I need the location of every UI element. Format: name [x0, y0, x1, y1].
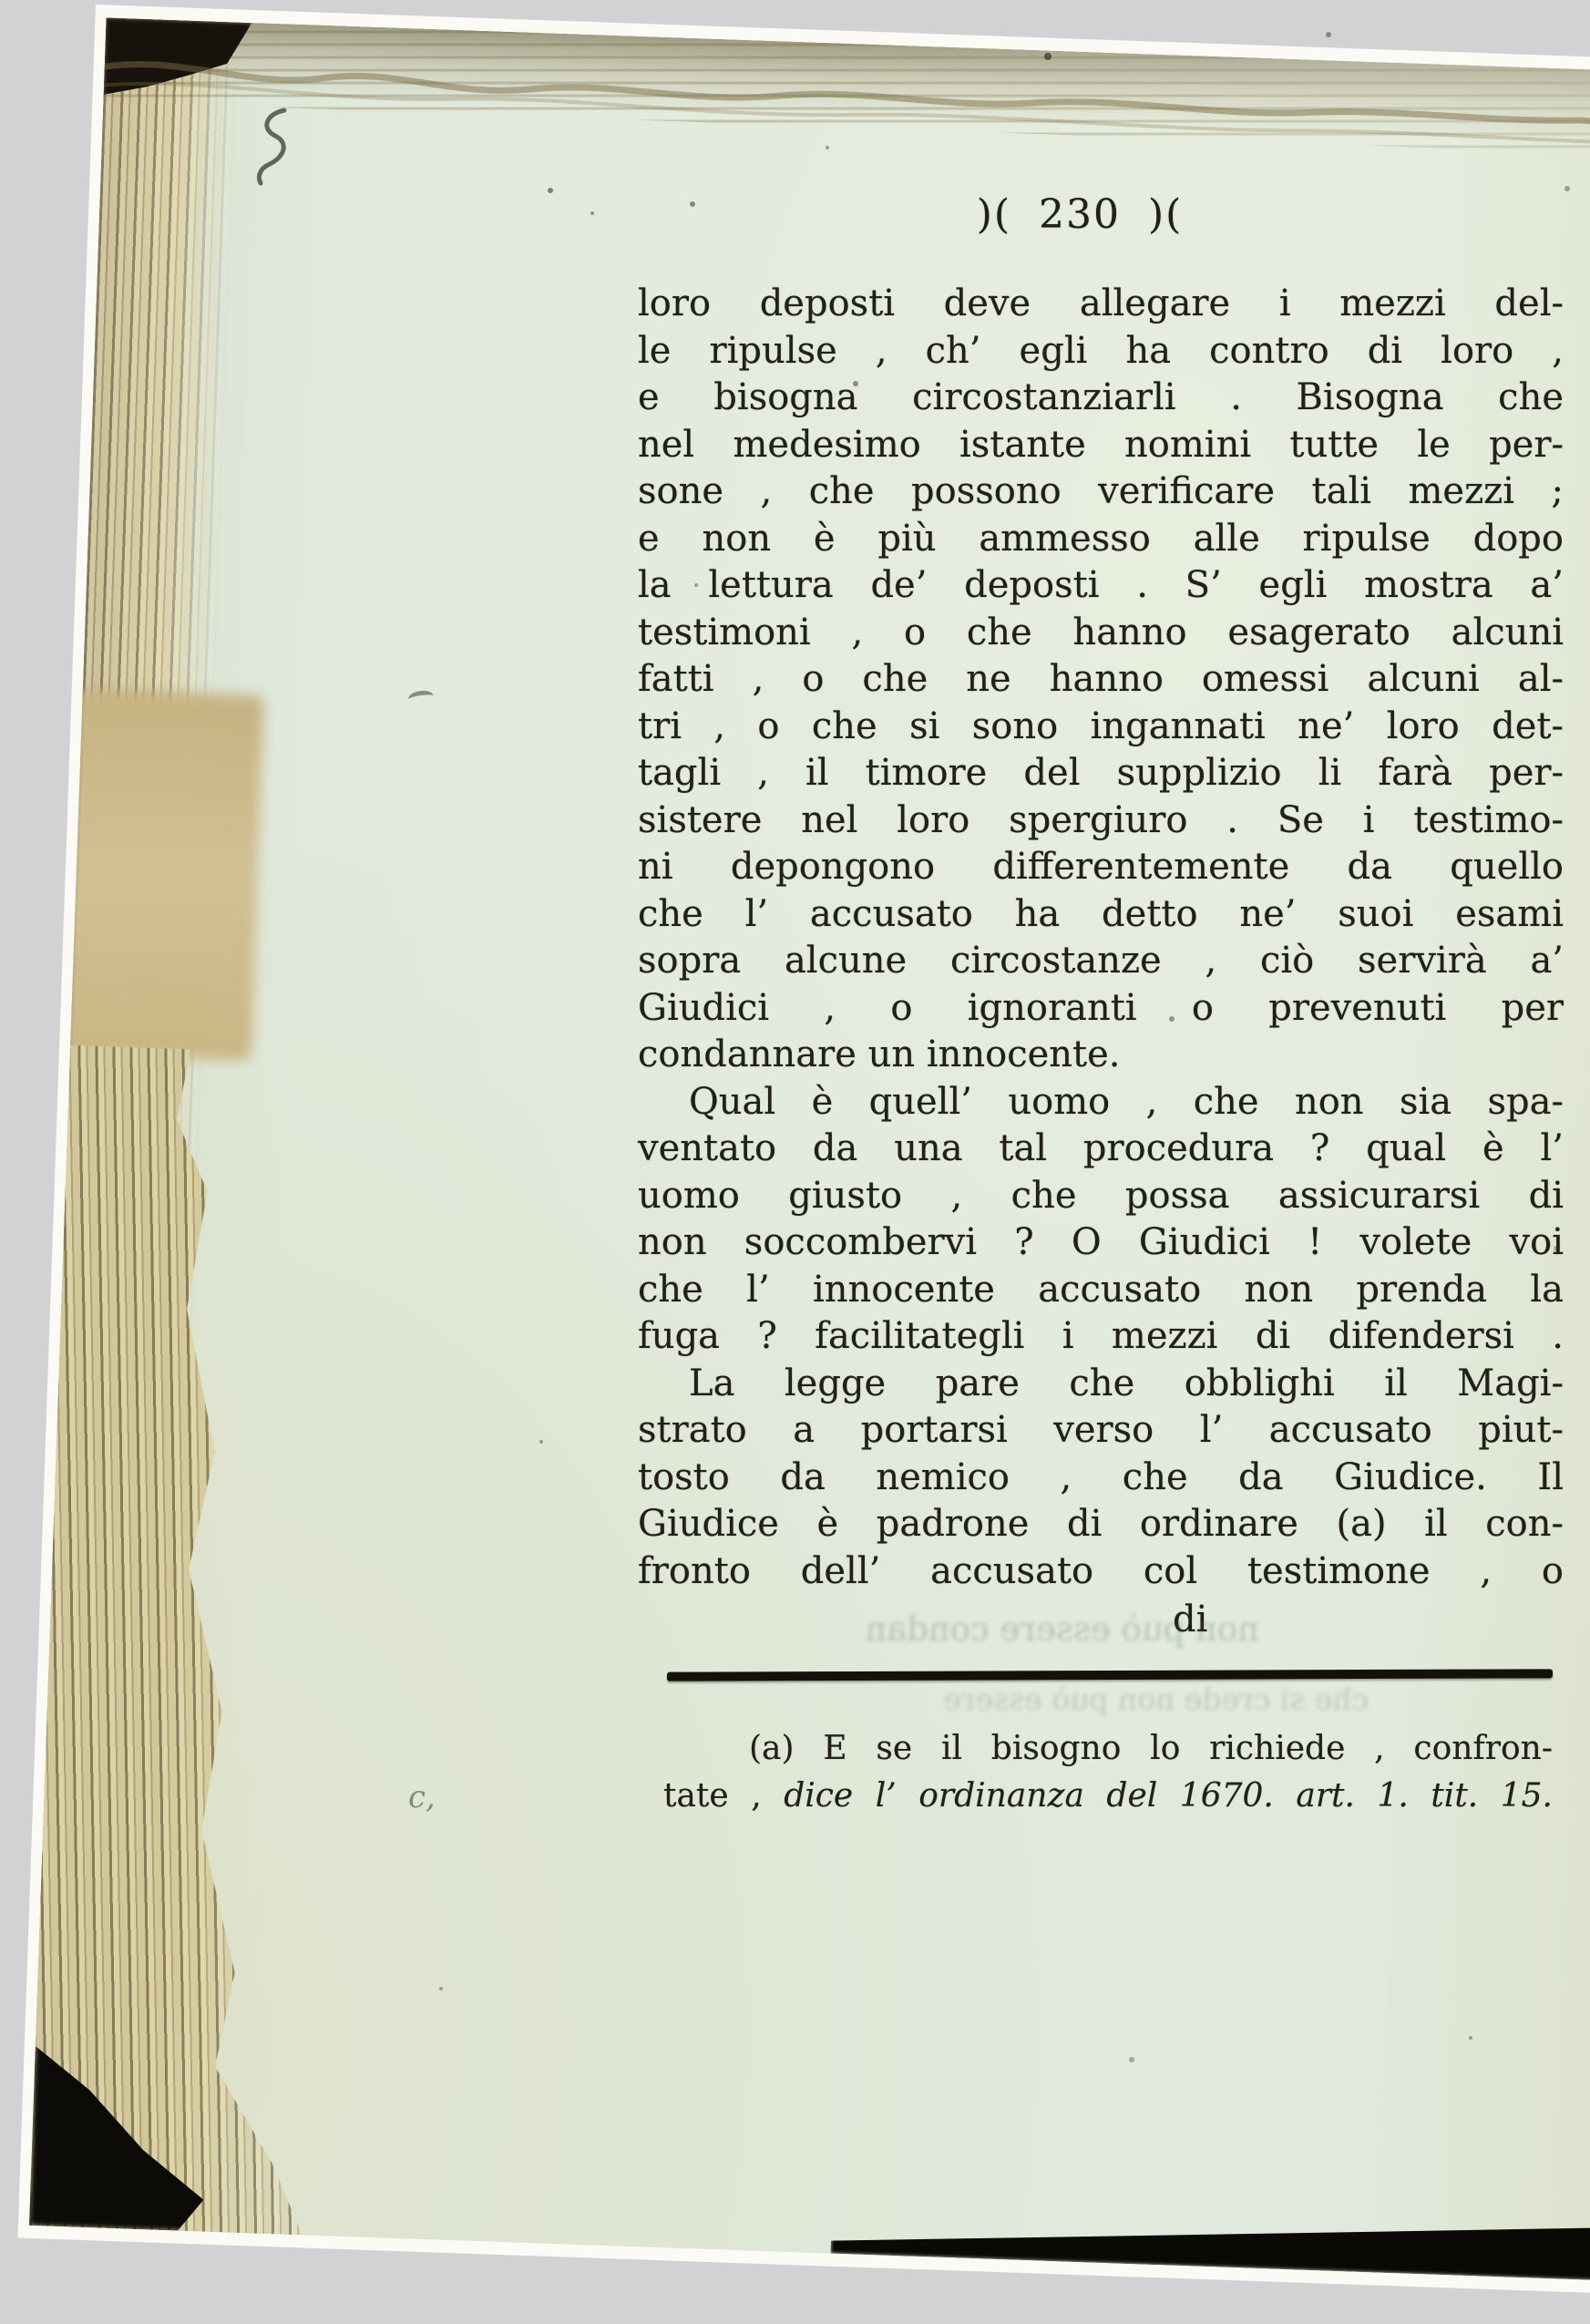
- text-line: ni depongono differentemente da quello: [638, 844, 1564, 891]
- text-line: tosto da nemico , che da Giudice. Il: [638, 1455, 1564, 1502]
- footnote-roman-text: tate ,: [663, 1777, 762, 1815]
- text-line: che l’ accusato ha detto ne’ suoi esami: [638, 891, 1564, 939]
- text-line: sone , che possono verificare tali mezzi…: [638, 468, 1564, 516]
- text-line: fatti , o che ne hanno omessi alcuni al-: [638, 656, 1564, 704]
- text-line: fuga ? facilitategli i mezzi di difender…: [638, 1313, 1564, 1361]
- text-line: La legge pare che obblighi il Magi-: [638, 1361, 1564, 1408]
- page-content: )( 230 )( loro deposti deve allegare i m…: [0, 0, 1590, 2324]
- text-line: tagli , il timore del supplizio li farà …: [638, 750, 1564, 797]
- text-line: strato a portarsi verso l’ accusato piut…: [638, 1407, 1564, 1455]
- text-line: che l’ innocente accusato non prenda la: [638, 1267, 1564, 1314]
- page-number-header: )( 230 )(: [898, 191, 1262, 239]
- pen-mark-c: c,: [408, 1779, 436, 1815]
- text-line: testimoni , o che hanno esagerato alcuni: [638, 610, 1564, 657]
- pen-mark-squiggle: [248, 105, 303, 187]
- text-line: non soccombervi ? O Giudici ! volete voi: [638, 1219, 1564, 1267]
- footnote-italic-citation: dice l’ ordinanza del 1670. art. 1. tit.…: [784, 1777, 1553, 1815]
- text-line: ventato da una tal procedura ? qual è l’: [638, 1126, 1564, 1173]
- text-line: fronto dell’ accusato col testimone , o: [638, 1548, 1564, 1596]
- footnote-line: (a) E se il bisogno lo richiede , confro…: [640, 1725, 1553, 1773]
- footnote-line: tate , dice l’ ordinanza del 1670. art. …: [640, 1773, 1553, 1820]
- text-line: sopra alcune circostanze , ciò servirà a…: [638, 938, 1564, 985]
- footnote-rule: [667, 1669, 1553, 1681]
- bleedthrough-ghost-text: non può essere condan: [676, 1609, 1259, 1649]
- footnote: (a) E se il bisogno lo richiede , confro…: [640, 1725, 1553, 1820]
- main-text: loro deposti deve allegare i mezzi del-l…: [638, 281, 1564, 1595]
- text-line: condannare un innocente.: [638, 1032, 1564, 1079]
- text-line: Giudice è padrone di ordinare (a) il con…: [638, 1501, 1564, 1548]
- text-line: sistere nel loro spergiuro . Se i testim…: [638, 797, 1564, 845]
- text-line: la lettura de’ deposti . S’ egli mostra …: [638, 562, 1564, 610]
- text-line: uomo giusto , che possa assicurarsi di: [638, 1173, 1564, 1220]
- text-line: e bisogna circostanziarli . Bisogna che: [638, 375, 1564, 422]
- text-line: nel medesimo istante nomini tutte le per…: [638, 422, 1564, 469]
- paper-specks: [0, 0, 4, 4]
- text-line: e non è più ammesso alle ripulse dopo: [638, 516, 1564, 563]
- text-line: tri , o che si sono ingannati ne’ loro d…: [638, 704, 1564, 751]
- text-line: loro deposti deve allegare i mezzi del-: [638, 281, 1564, 328]
- bleedthrough-ghost-text: che si crede non può essere: [676, 1681, 1369, 1717]
- text-line: Qual è quell’ uomo , che non sia spa-: [638, 1079, 1564, 1126]
- pen-mark-dash: [407, 689, 435, 706]
- text-line: le ripulse , ch’ egli ha contro di loro …: [638, 328, 1564, 375]
- text-line: Giudici , o ignoranti o prevenuti per: [638, 985, 1564, 1033]
